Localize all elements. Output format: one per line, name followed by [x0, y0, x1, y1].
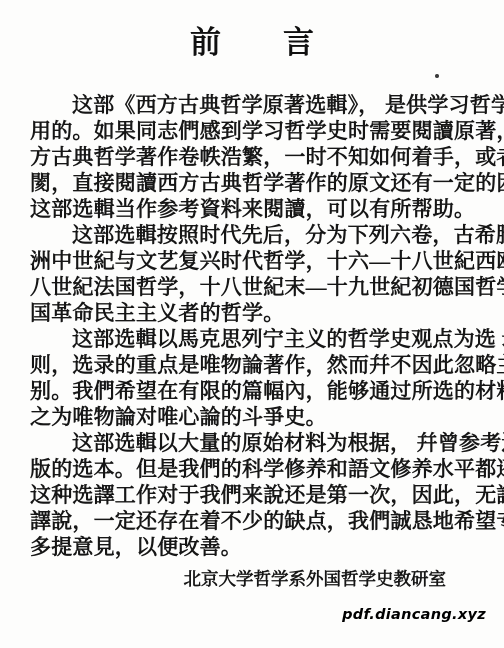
paragraph-2: 这部选輯按照时代先后，分为下列六卷，古希腊罗馬哲学， 欧 洲中世紀与文艺复兴时代… — [30, 222, 476, 326]
text-line: 这种选譯工作对于我們来說还是第一次，因此，无論就編选或就翻 — [30, 482, 476, 508]
text-line: 则，选录的重点是唯物論著作，然而幷不因此忽略主要的唯心論派 — [30, 352, 476, 378]
text-line: 閡，直接閱讀西方古典哲学著作的原文还有一定的困难，那么，把 — [30, 170, 476, 196]
text-line: 洲中世紀与文艺复兴时代哲学，十六—十八世紀西欧各国哲学，十 — [30, 248, 476, 274]
text-line: 版的选本。但是我們的科学修养和語文修养水平都还不高， 而且 — [30, 456, 476, 482]
author-signature: 北京大学哲学系外国哲学史教研室 — [30, 567, 476, 591]
text-line: 这部选輯以大量的原始材料为根据， 幷曾参考过許多国家出 — [30, 430, 476, 456]
preface-body: 这部《西方古典哲学原著选輯》， 是供学习哲学史的同志参考 用的。如果同志們感到学… — [30, 92, 476, 591]
text-line: 这部选輯按照时代先后，分为下列六卷，古希腊罗馬哲学， 欧 — [30, 222, 476, 248]
text-line: 别。我們希望在有限的篇幅內，能够通过所选的材料，显示哲学史 — [30, 378, 476, 404]
text-line: 譯說，一定还存在着不少的缺点，我們誠恳地希望专家和广大讀者 — [30, 508, 476, 534]
text-line: 这部选輯以馬克思列宁主义的哲学史观点为选 录 的 指 导 原 — [30, 326, 476, 352]
scanned-preface-page: 前 言 这部《西方古典哲学原著选輯》， 是供学习哲学史的同志参考 用的。如果同志… — [0, 0, 504, 648]
page-title: 前 言 — [0, 0, 504, 61]
text-line: 这部《西方古典哲学原著选輯》， 是供学习哲学史的同志参考 — [30, 92, 476, 118]
paragraph-4: 这部选輯以大量的原始材料为根据， 幷曾参考过許多国家出 版的选本。但是我們的科学… — [30, 430, 476, 560]
text-line: 之为唯物論对唯心論的斗爭史。 — [30, 404, 476, 430]
watermark: pdf.diancang.xyz — [342, 607, 486, 623]
paragraph-3: 这部选輯以馬克思列宁主义的哲学史观点为选 录 的 指 导 原 则，选录的重点是唯… — [30, 326, 476, 430]
ink-speck — [435, 74, 439, 78]
text-line: 这部选輯当作参考資料来閱讀，可以有所帮助。 — [30, 196, 476, 222]
text-line: 国革命民主主义者的哲学。 — [30, 300, 476, 326]
text-line: 用的。如果同志們感到学习哲学史时需要閱讀原著，但是因为西 — [30, 118, 476, 144]
text-line: 方古典哲学著作卷帙浩繁，一时不知如何着手，或者由于語文的隔 — [30, 144, 476, 170]
paragraph-1: 这部《西方古典哲学原著选輯》， 是供学习哲学史的同志参考 用的。如果同志們感到学… — [30, 92, 476, 222]
text-line: 多提意見，以便改善。 — [30, 534, 476, 560]
text-line: 八世紀法国哲学，十八世紀末—十九世紀初德国哲学，十九世紀俄 — [30, 274, 476, 300]
